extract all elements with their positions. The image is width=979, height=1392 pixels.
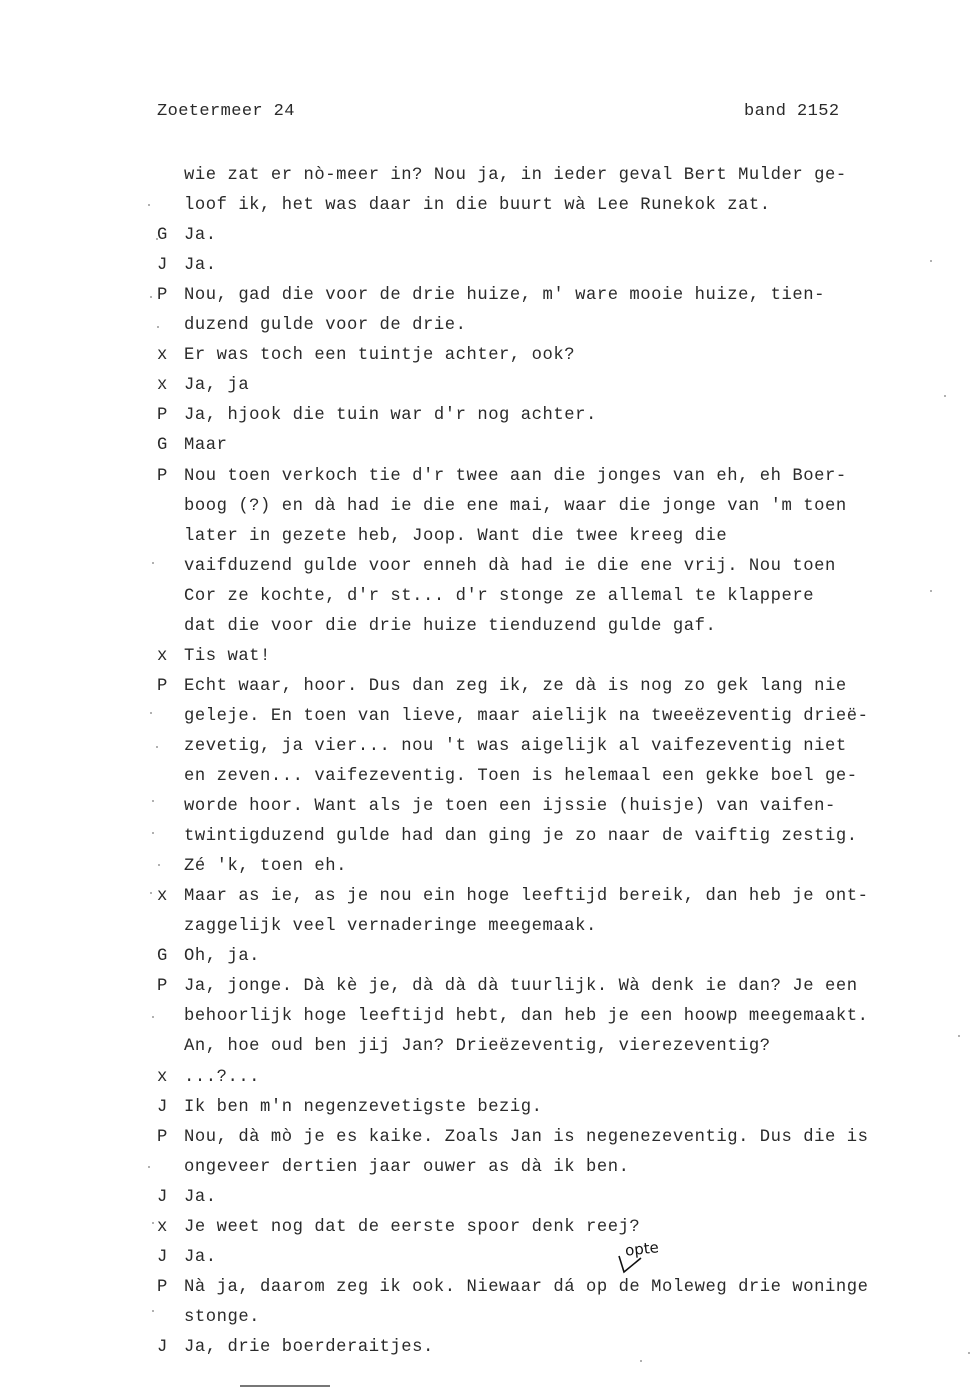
scan-speck: [157, 326, 159, 328]
transcript-line: JJa.: [157, 1248, 217, 1268]
header-tape-number: band 2152: [744, 102, 839, 121]
utterance-text: Ja, ja: [184, 376, 249, 395]
speaker-label: G: [157, 947, 184, 967]
transcript-line: twintigduzend gulde had dan ging je zo n…: [157, 827, 858, 847]
scan-speck: [152, 1222, 154, 1224]
transcript-line: stonge.: [157, 1308, 260, 1328]
header-location: Zoetermeer 24: [157, 102, 295, 121]
transcript-line: boog (?) en dà had ie die ene mai, waar …: [157, 497, 847, 517]
speaker-label: G: [157, 226, 184, 246]
transcript-line: PNou toen verkoch tie d'r twee aan die j…: [157, 467, 847, 487]
speaker-label: G: [157, 436, 184, 456]
utterance-text: An, hoe oud ben jij Jan? Drieëzeventig, …: [184, 1037, 771, 1056]
utterance-text: Nou, gad die voor de drie huize, m' ware…: [184, 286, 825, 305]
scan-speck: [930, 590, 932, 592]
utterance-text: behoorlijk hoge leeftijd hebt, dan heb j…: [184, 1007, 868, 1026]
utterance-text: twintigduzend gulde had dan ging je zo n…: [184, 827, 858, 846]
speaker-label: J: [157, 1188, 184, 1208]
speaker-label: P: [157, 1128, 184, 1148]
transcript-line: JJa.: [157, 1188, 217, 1208]
transcript-line: PNou, dà mò je es kaike. Zoals Jan is ne…: [157, 1128, 868, 1148]
utterance-text: Oh, ja.: [184, 947, 260, 966]
transcript-line: xMaar as ie, as je nou ein hoge leeftijd…: [157, 887, 868, 907]
utterance-text: Ja.: [184, 1188, 217, 1207]
speaker-label: P: [157, 977, 184, 997]
transcript-line: xJe weet nog dat de eerste spoor denk re…: [157, 1218, 640, 1238]
speaker-label: x: [157, 887, 184, 907]
scan-speck: [148, 1166, 150, 1168]
transcript-line: xEr was toch een tuintje achter, ook?: [157, 346, 575, 366]
transcript-page: Zoetermeer 24 band 2152 wie zat er nò-me…: [0, 0, 979, 1392]
scan-speck: [152, 1310, 154, 1312]
speaker-label: P: [157, 286, 184, 306]
scan-speck: [158, 864, 160, 866]
utterance-text: boog (?) en dà had ie die ene mai, waar …: [184, 497, 847, 516]
utterance-text: wie zat er nò-meer in? Nou ja, in ieder …: [184, 166, 847, 185]
speaker-label: P: [157, 467, 184, 487]
scan-speck: [968, 1352, 970, 1354]
transcript-line: later in gezete heb, Joop. Want die twee…: [157, 527, 727, 547]
transcript-line: GOh, ja.: [157, 947, 260, 967]
scan-speck: [150, 892, 152, 894]
transcript-line: PJa, hjook die tuin war d'r nog achter.: [157, 406, 597, 426]
scan-speck: [152, 562, 154, 564]
scan-speck: [958, 1035, 960, 1037]
transcript-line: duzend gulde voor de drie.: [157, 316, 466, 336]
utterance-text: Cor ze kochte, d'r st... d'r stonge ze a…: [184, 587, 814, 606]
utterance-text: ...?...: [184, 1068, 260, 1087]
transcript-line: zevetig, ja vier... nou 't was aigelijk …: [157, 737, 847, 757]
utterance-text: Ja.: [184, 1248, 217, 1267]
scan-speck: [150, 296, 152, 298]
transcript-line: An, hoe oud ben jij Jan? Drieëzeventig, …: [157, 1037, 771, 1057]
speaker-label: J: [157, 1338, 184, 1358]
transcript-line: ongeveer dertien jaar ouwer as dà ik ben…: [157, 1158, 629, 1178]
utterance-text: Je weet nog dat de eerste spoor denk ree…: [184, 1218, 640, 1237]
utterance-text: vaifduzend gulde voor enneh dà had ie di…: [184, 557, 836, 576]
utterance-text: later in gezete heb, Joop. Want die twee…: [184, 527, 727, 546]
scan-speck: [156, 746, 158, 748]
speaker-label: x: [157, 1218, 184, 1238]
scan-speck: [160, 384, 162, 386]
utterance-text: Nou toen verkoch tie d'r twee aan die jo…: [184, 467, 847, 486]
utterance-text: loof ik, het was daar in die buurt wà Le…: [184, 196, 771, 215]
utterance-text: Echt waar, hoor. Dus dan zeg ik, ze dà i…: [184, 677, 847, 696]
utterance-text: duzend gulde voor de drie.: [184, 316, 466, 335]
transcript-line: worde hoor. Want als je toen een ijssie …: [157, 797, 836, 817]
transcript-line: loof ik, het was daar in die buurt wà Le…: [157, 196, 771, 216]
insertion-caret-icon: [615, 1252, 645, 1278]
scan-speck: [944, 395, 946, 397]
utterance-text: Er was toch een tuintje achter, ook?: [184, 346, 575, 365]
scan-speck: [930, 260, 932, 262]
transcript-line: Zé 'k, toen eh.: [157, 857, 347, 877]
speaker-label: J: [157, 1098, 184, 1118]
scan-speck: [152, 1016, 154, 1018]
scan-speck: [152, 832, 154, 834]
speaker-label: x: [157, 1068, 184, 1088]
scan-speck: [150, 712, 152, 714]
utterance-text: dat die voor die drie huize tienduzend g…: [184, 617, 716, 636]
speaker-label: x: [157, 647, 184, 667]
transcript-line: PNà ja, daarom zeg ik ook. Niewaar dá op…: [157, 1278, 868, 1298]
utterance-text: Ja, hjook die tuin war d'r nog achter.: [184, 406, 597, 425]
speaker-label: P: [157, 1278, 184, 1298]
speaker-label: x: [157, 346, 184, 366]
scan-speck: [148, 204, 150, 206]
scan-speck: [156, 238, 158, 240]
utterance-text: Ik ben m'n negenzevetigste bezig.: [184, 1098, 543, 1117]
utterance-text: zevetig, ja vier... nou 't was aigelijk …: [184, 737, 847, 756]
transcript-line: behoorlijk hoge leeftijd hebt, dan heb j…: [157, 1007, 868, 1027]
transcript-line: xJa, ja: [157, 376, 249, 396]
transcript-line: GJa.: [157, 226, 217, 246]
transcript-line: PEcht waar, hoor. Dus dan zeg ik, ze dà …: [157, 677, 847, 697]
bottom-rule: [240, 1385, 330, 1387]
transcript-line: geleje. En toen van lieve, maar aielijk …: [157, 707, 868, 727]
scan-speck: [640, 1360, 642, 1362]
transcript-line: JIk ben m'n negenzevetigste bezig.: [157, 1098, 543, 1118]
utterance-text: ongeveer dertien jaar ouwer as dà ik ben…: [184, 1158, 629, 1177]
transcript-line: vaifduzend gulde voor enneh dà had ie di…: [157, 557, 836, 577]
utterance-text: worde hoor. Want als je toen een ijssie …: [184, 797, 836, 816]
transcript-line: en zeven... vaifezeventig. Toen is helem…: [157, 767, 858, 787]
speaker-label: x: [157, 376, 184, 396]
transcript-line: JJa.: [157, 256, 217, 276]
utterance-text: Maar: [184, 436, 227, 455]
transcript-line: PNou, gad die voor de drie huize, m' war…: [157, 286, 825, 306]
utterance-text: Ja.: [184, 226, 217, 245]
utterance-text: Nou, dà mò je es kaike. Zoals Jan is neg…: [184, 1128, 868, 1147]
utterance-text: stonge.: [184, 1308, 260, 1327]
transcript-line: GMaar: [157, 436, 227, 456]
utterance-text: geleje. En toen van lieve, maar aielijk …: [184, 707, 868, 726]
speaker-label: P: [157, 406, 184, 426]
utterance-text: Ja.: [184, 256, 217, 275]
transcript-line: JJa, drie boerderaitjes.: [157, 1338, 434, 1358]
transcript-line: x...?...: [157, 1068, 260, 1088]
utterance-text: Tis wat!: [184, 647, 271, 666]
transcript-line: xTis wat!: [157, 647, 271, 667]
transcript-line: wie zat er nò-meer in? Nou ja, in ieder …: [157, 166, 847, 186]
scan-speck: [152, 800, 154, 802]
transcript-line: zaggelijk veel vernaderinge meegemaak.: [157, 917, 597, 937]
utterance-text: Nà ja, daarom zeg ik ook. Niewaar dá op …: [184, 1278, 868, 1297]
transcript-line: dat die voor die drie huize tienduzend g…: [157, 617, 716, 637]
utterance-text: Ja, drie boerderaitjes.: [184, 1338, 434, 1357]
speaker-label: J: [157, 1248, 184, 1268]
utterance-text: en zeven... vaifezeventig. Toen is helem…: [184, 767, 858, 786]
utterance-text: Ja, jonge. Dà kè je, dà dà dà tuurlijk. …: [184, 977, 858, 996]
speaker-label: P: [157, 677, 184, 697]
speaker-label: J: [157, 256, 184, 276]
transcript-line: Cor ze kochte, d'r st... d'r stonge ze a…: [157, 587, 814, 607]
utterance-text: Maar as ie, as je nou ein hoge leeftijd …: [184, 887, 868, 906]
utterance-text: zaggelijk veel vernaderinge meegemaak.: [184, 917, 597, 936]
utterance-text: Zé 'k, toen eh.: [184, 857, 347, 876]
transcript-line: PJa, jonge. Dà kè je, dà dà dà tuurlijk.…: [157, 977, 858, 997]
